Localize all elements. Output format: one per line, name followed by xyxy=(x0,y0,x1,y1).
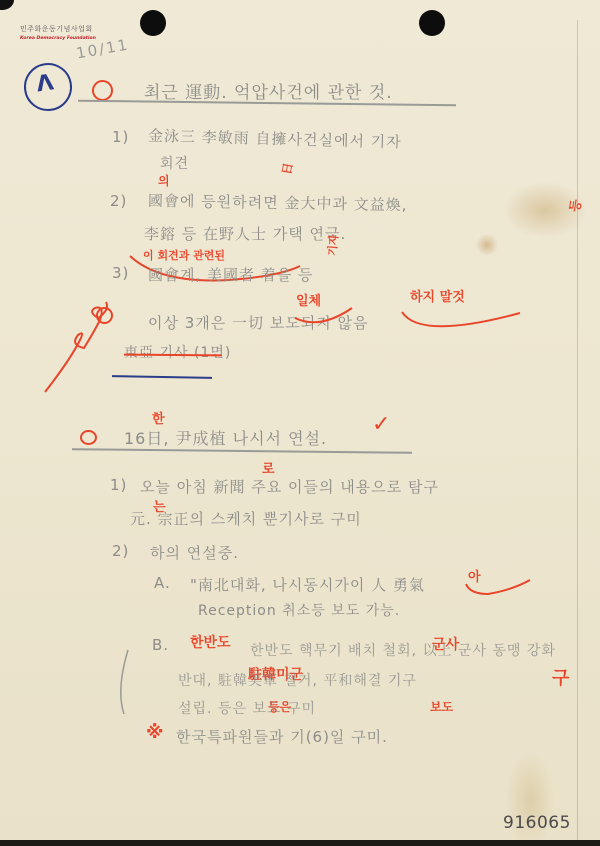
footnote-mark-icon: ※ xyxy=(146,722,164,743)
s2b-bracket xyxy=(0,0,600,846)
page-bottom-edge xyxy=(0,840,600,846)
document-page: 민주화운동기념사업회 Korea Democracy Foundation 10… xyxy=(0,0,600,846)
footnote-text: 한국특파원들과 기(6)일 구미. xyxy=(176,726,388,747)
archive-number: 916065 xyxy=(503,813,571,833)
